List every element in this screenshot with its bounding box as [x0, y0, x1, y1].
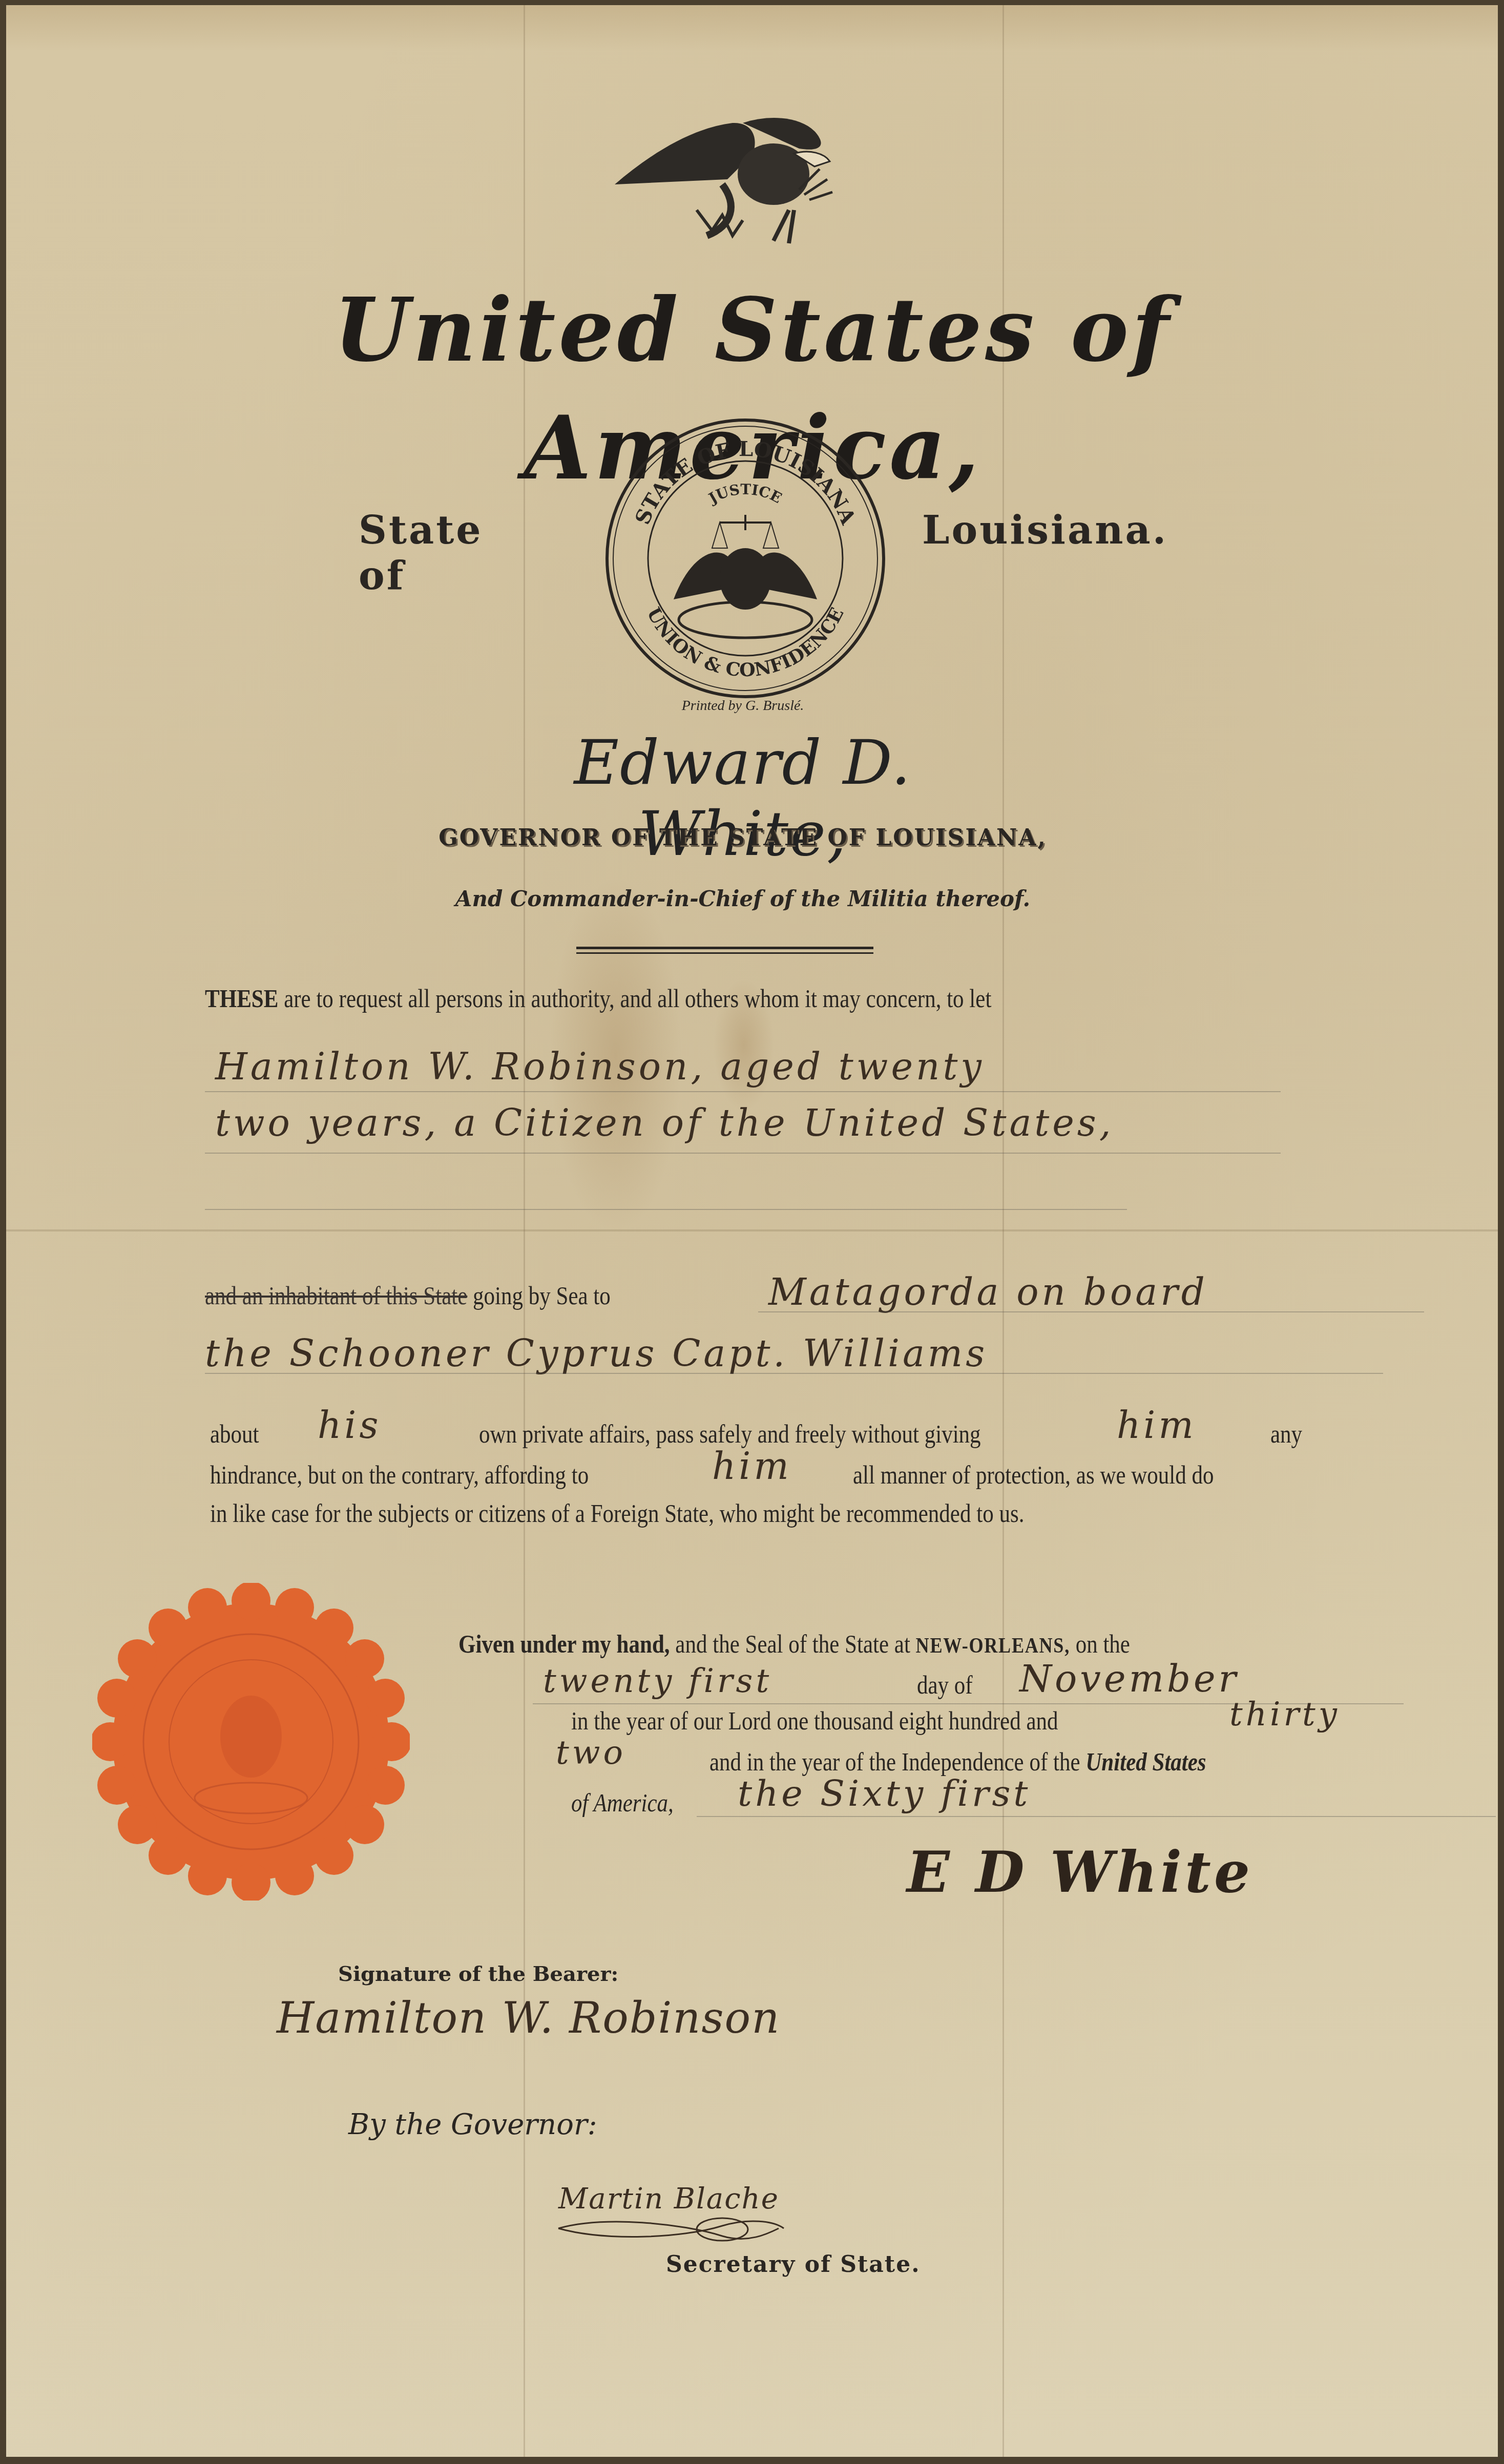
fold-line — [6, 1229, 1498, 1231]
of-america: of America, — [571, 1788, 674, 1818]
bearer-citizenship-line: two years, a Citizen of the United State… — [215, 1101, 1114, 1144]
about-label: about — [210, 1419, 259, 1449]
city: NEW-ORLEANS, — [916, 1634, 1070, 1658]
month-handwritten: November — [1019, 1657, 1239, 1700]
on-the: on the — [1076, 1630, 1130, 1658]
closing-text: in like case for the subjects or citizen… — [210, 1498, 1024, 1528]
signature-flourish-icon — [553, 2213, 789, 2249]
secretary-signature: Martin Blache — [558, 2182, 779, 2216]
given-bold: Given under my hand, — [458, 1630, 670, 1658]
bearer-name-line: Hamilton W. Robinson, aged twenty — [215, 1045, 985, 1088]
by-the-governor: By the Governor: — [348, 2108, 597, 2141]
state-label: State of — [359, 507, 543, 598]
fill-line — [205, 1091, 1281, 1092]
intro-bold: THESE — [205, 984, 278, 1013]
any-text: any — [1270, 1419, 1302, 1449]
independence-handwritten: the Sixty first — [738, 1772, 1031, 1814]
pronoun-him: him — [712, 1445, 792, 1488]
year-handwritten-b: two — [556, 1734, 626, 1772]
year-printed: in the year of our Lord one thousand eig… — [571, 1706, 1058, 1736]
destination: Matagorda on board — [768, 1270, 1208, 1313]
eagle-icon — [604, 108, 881, 246]
printer-credit: Printed by G. Bruslé. — [640, 698, 845, 714]
fill-line — [758, 1311, 1424, 1312]
ornamental-rule — [576, 947, 873, 954]
year-handwritten-a: thirty — [1229, 1696, 1340, 1734]
united-states-italic: United States — [1085, 1747, 1206, 1776]
day-handwritten: twenty first — [543, 1662, 772, 1700]
fill-line — [697, 1816, 1496, 1817]
state-name: Louisiana. — [922, 507, 1158, 553]
bearer-signature: Hamilton W. Robinson — [277, 1993, 780, 2043]
given-text: and the Seal of the State at — [675, 1630, 910, 1658]
day-of: day of — [917, 1670, 973, 1700]
going-by-sea: going by Sea to — [473, 1281, 611, 1310]
struck-text: and an inhabitant of this State — [205, 1281, 467, 1310]
body-intro: THESE are to request all persons in auth… — [205, 984, 991, 1013]
bearer-signature-label: Signature of the Bearer: — [338, 1962, 618, 1986]
intro-text: are to request all persons in authority,… — [284, 984, 991, 1013]
vessel-line: the Schooner Cyprus Capt. Williams — [205, 1332, 988, 1375]
document-title: United States of America, — [256, 272, 1250, 389]
hindrance-text: hindrance, but on the contrary, affordin… — [210, 1460, 589, 1490]
pronoun-him: him — [1117, 1404, 1197, 1447]
svg-text:JUSTICE: JUSTICE — [704, 481, 785, 508]
independence-text: and in the year of the Independence of t… — [709, 1747, 1080, 1776]
fill-line — [205, 1153, 1281, 1154]
fill-line — [205, 1373, 1383, 1374]
governor-signature: E D White — [907, 1839, 1253, 1905]
given-line: Given under my hand, and the Seal of the… — [458, 1629, 1130, 1659]
protection-text: all manner of protection, as we would do — [853, 1460, 1214, 1490]
secretary-label: Secretary of State. — [666, 2251, 920, 2278]
wax-seal-icon — [92, 1583, 410, 1901]
state-seal-icon: STATE OF LOUISIANA UNION & CONFIDENCE JU… — [602, 415, 889, 702]
pronoun-his: his — [318, 1404, 381, 1447]
governor-subtitle: And Commander-in-Chief of the Militia th… — [359, 886, 1127, 911]
sea-voyage-line: and an inhabitant of this State going by… — [205, 1281, 611, 1310]
governor-title: GOVERNOR OF THE STATE OF LOUISIANA, — [359, 825, 1127, 851]
fill-line — [205, 1209, 1127, 1210]
